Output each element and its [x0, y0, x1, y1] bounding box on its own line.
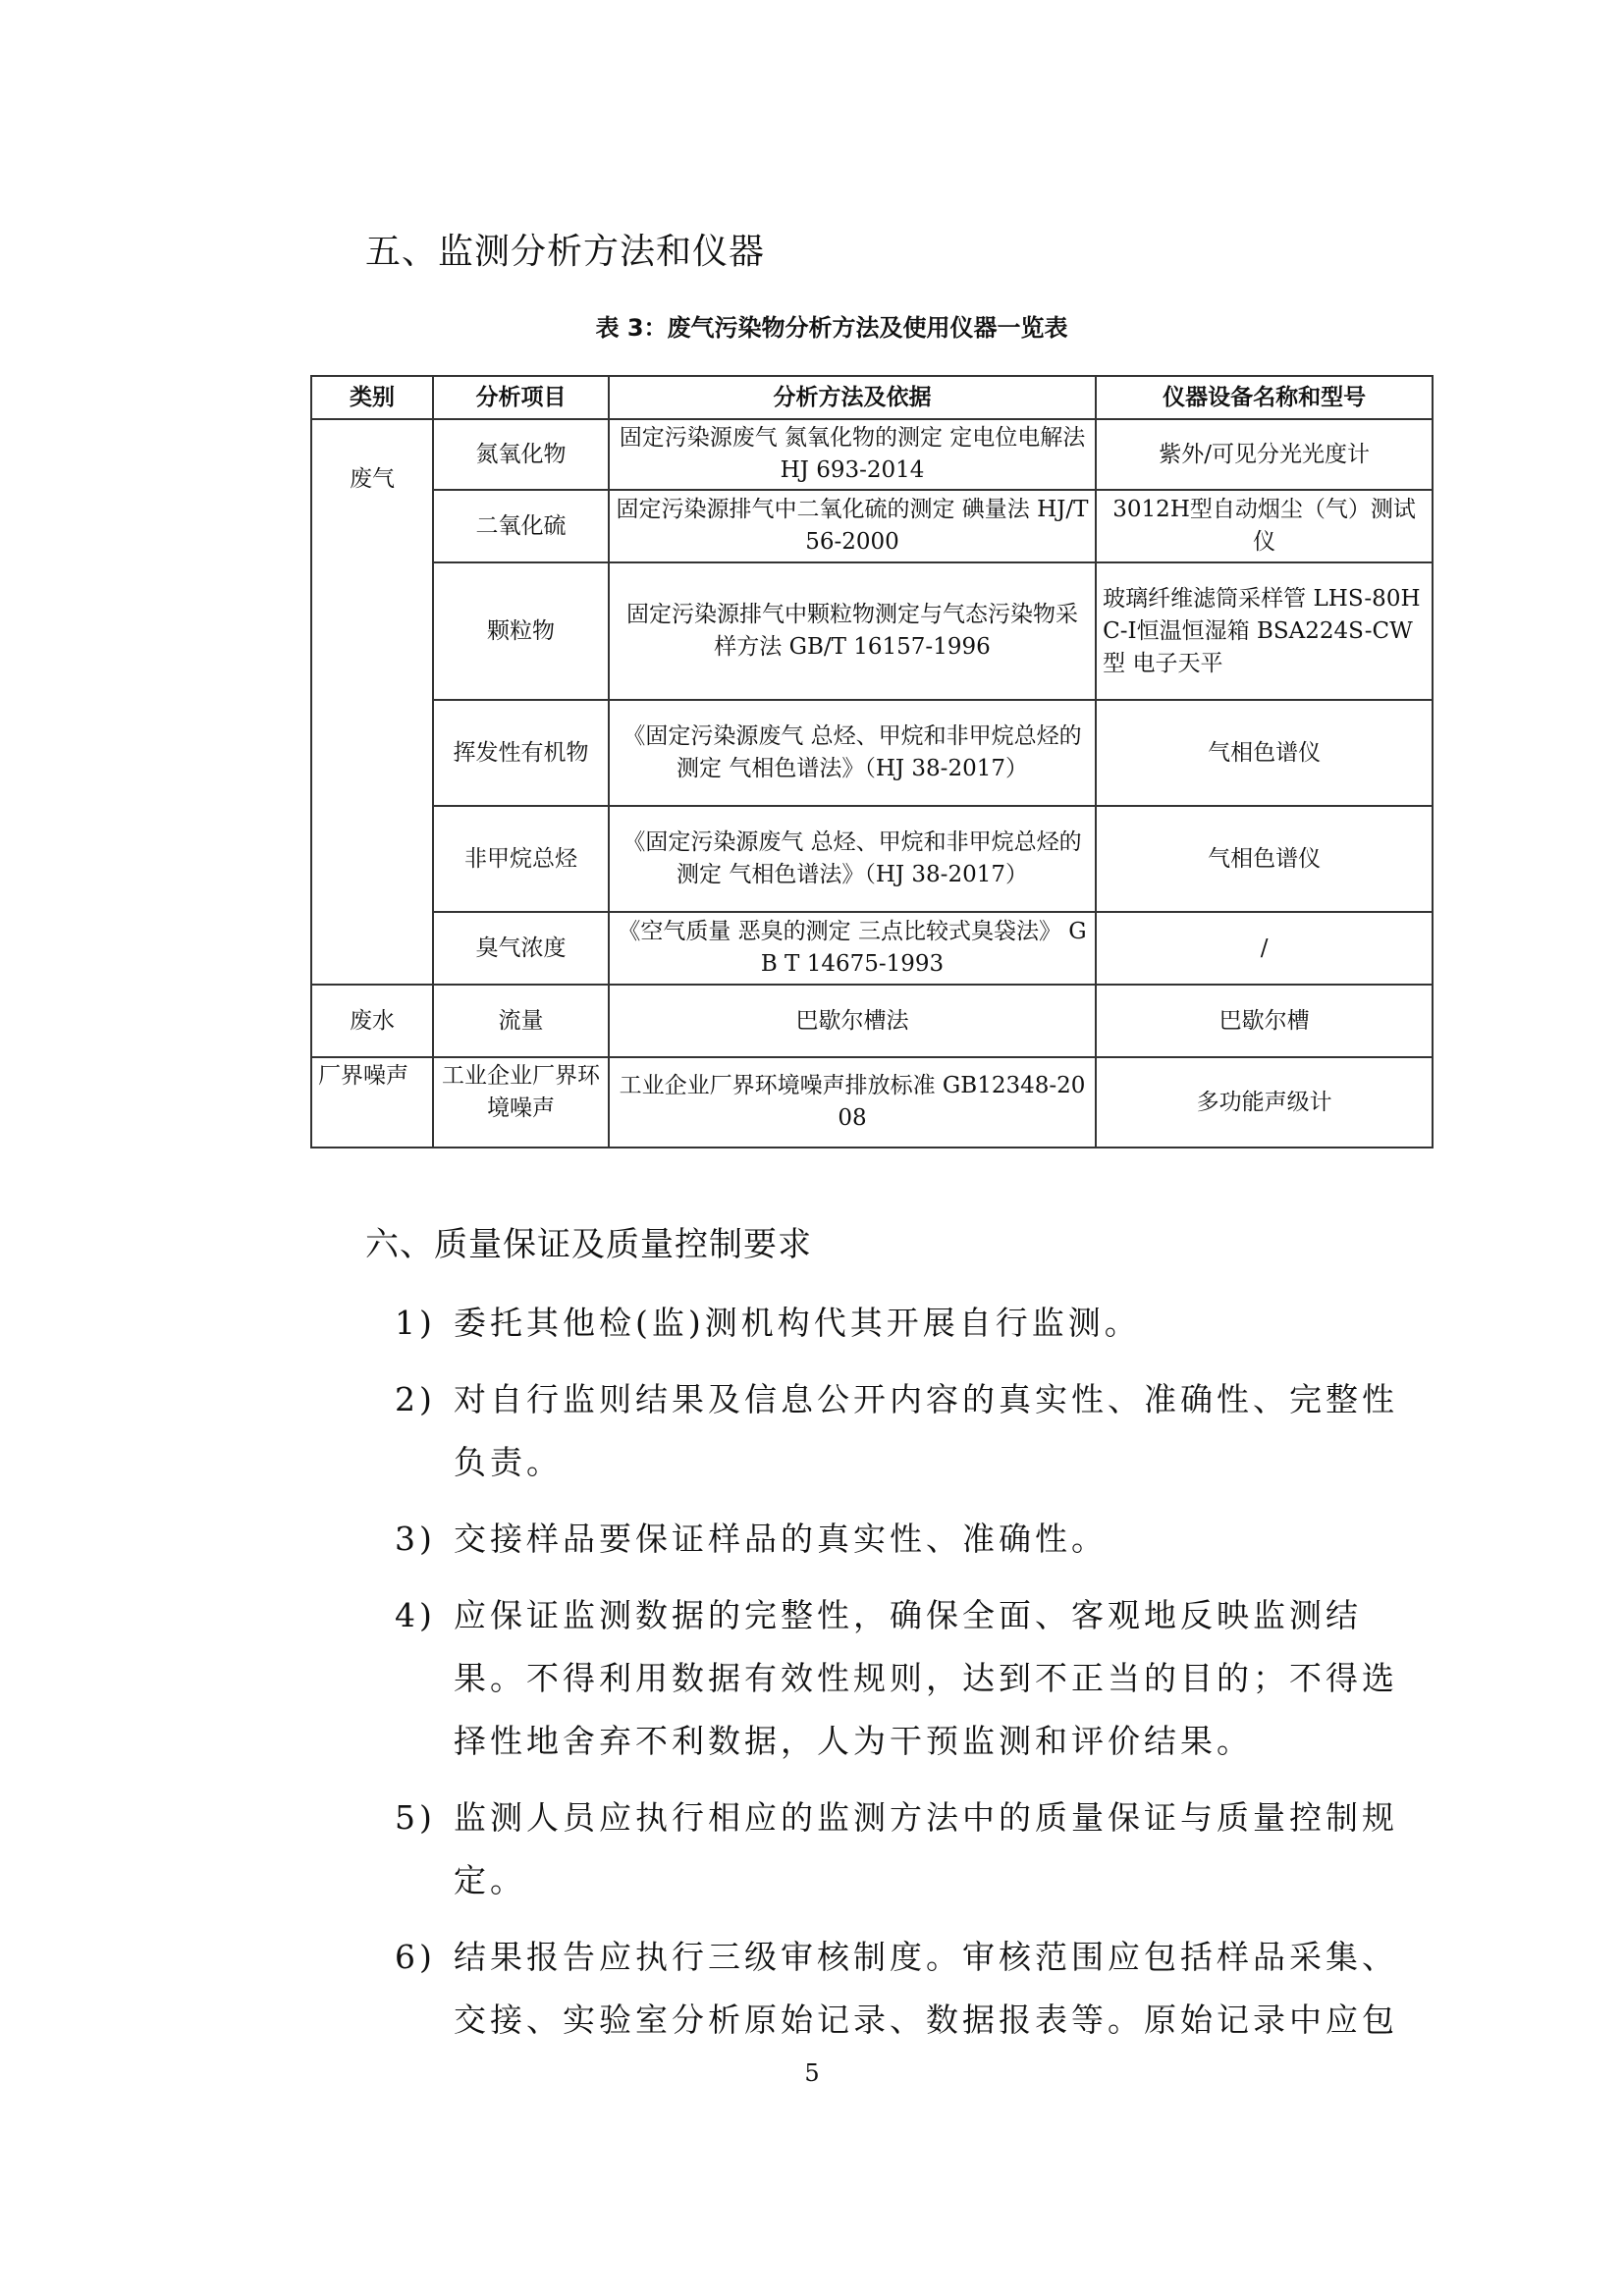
- table-row: 臭气浓度 《空气质量 恶臭的测定 三点比较式臭袋法》 GB T 14675-19…: [311, 912, 1433, 985]
- item-cell: 非甲烷总烃: [433, 806, 609, 912]
- item-number: 2): [395, 1368, 454, 1494]
- table-row: 厂界噪声 工业企业厂界环境噪声 工业企业厂界环境噪声排放标准 GB12348-2…: [311, 1057, 1433, 1148]
- item-text: 对自行监则结果及信息公开内容的真实性、准确性、完整性负责。: [454, 1368, 1416, 1494]
- item-text: 委托其他检(监)测机构代其开展自行监测。: [454, 1292, 1416, 1355]
- method-cell: 固定污染源排气中二氧化硫的测定 碘量法 HJ/T 56-2000: [609, 490, 1096, 562]
- list-item: 3) 交接样品要保证样品的真实性、准确性。: [395, 1508, 1416, 1571]
- item-number: 6): [395, 1926, 454, 2052]
- item-number: 4): [395, 1584, 454, 1773]
- header-item: 分析项目: [433, 376, 609, 419]
- item-cell: 工业企业厂界环境噪声: [433, 1057, 609, 1148]
- method-cell: 固定污染源排气中颗粒物测定与气态污染物采样方法 GB/T 16157-1996: [609, 562, 1096, 700]
- method-cell: 《空气质量 恶臭的测定 三点比较式臭袋法》 GB T 14675-1993: [609, 912, 1096, 985]
- list-item: 5) 监测人员应执行相应的监测方法中的质量保证与质量控制规定。: [395, 1787, 1416, 1912]
- item-text: 结果报告应执行三级审核制度。审核范围应包括样品采集、交接、实验室分析原始记录、数…: [454, 1926, 1416, 2052]
- table-row: 废气 氮氧化物 固定污染源废气 氮氧化物的测定 定电位电解法HJ 693-201…: [311, 419, 1433, 490]
- item-cell: 颗粒物: [433, 562, 609, 700]
- instrument-cell: 紫外/可见分光光度计: [1096, 419, 1433, 490]
- instrument-cell: 气相色谱仪: [1096, 806, 1433, 912]
- category-cell: 废水: [311, 985, 433, 1057]
- list-item: 1) 委托其他检(监)测机构代其开展自行监测。: [395, 1292, 1416, 1355]
- method-cell: 《固定污染源废气 总烃、甲烷和非甲烷总烃的测定 气相色谱法》（HJ 38-201…: [609, 700, 1096, 806]
- item-cell: 氮氧化物: [433, 419, 609, 490]
- item-text: 应保证监测数据的完整性，确保全面、客观地反映监测结果。不得利用数据有效性规则，达…: [454, 1584, 1416, 1773]
- instrument-cell: /: [1096, 912, 1433, 985]
- table-row: 二氧化硫 固定污染源排气中二氧化硫的测定 碘量法 HJ/T 56-2000 30…: [311, 490, 1433, 562]
- list-item: 2) 对自行监则结果及信息公开内容的真实性、准确性、完整性负责。: [395, 1368, 1416, 1494]
- item-text: 交接样品要保证样品的真实性、准确性。: [454, 1508, 1416, 1571]
- instrument-cell: 玻璃纤维滤筒采样管 LHS-80HC-I恒温恒湿箱 BSA224S-CW型 电子…: [1096, 562, 1433, 700]
- list-item: 4) 应保证监测数据的完整性，确保全面、客观地反映监测结果。不得利用数据有效性规…: [395, 1584, 1416, 1773]
- page-number: 5: [0, 2059, 1624, 2087]
- qa-requirements-list: 1) 委托其他检(监)测机构代其开展自行监测。 2) 对自行监则结果及信息公开内…: [395, 1292, 1416, 2065]
- table-row: 非甲烷总烃 《固定污染源废气 总烃、甲烷和非甲烷总烃的测定 气相色谱法》（HJ …: [311, 806, 1433, 912]
- item-number: 5): [395, 1787, 454, 1912]
- table-caption: 表 3：废气污染物分析方法及使用仪器一览表: [0, 308, 1624, 343]
- method-cell: 《固定污染源废气 总烃、甲烷和非甲烷总烃的测定 气相色谱法》（HJ 38-201…: [609, 806, 1096, 912]
- category-cell: 厂界噪声: [311, 1057, 433, 1148]
- table-row: 废水 流量 巴歇尔槽法 巴歇尔槽: [311, 985, 1433, 1057]
- item-cell: 二氧化硫: [433, 490, 609, 562]
- instrument-cell: 多功能声级计: [1096, 1057, 1433, 1148]
- header-instrument: 仪器设备名称和型号: [1096, 376, 1433, 419]
- instrument-cell: 气相色谱仪: [1096, 700, 1433, 806]
- table-row: 挥发性有机物 《固定污染源废气 总烃、甲烷和非甲烷总烃的测定 气相色谱法》（HJ…: [311, 700, 1433, 806]
- header-method: 分析方法及依据: [609, 376, 1096, 419]
- item-number: 1): [395, 1292, 454, 1355]
- item-cell: 臭气浓度: [433, 912, 609, 985]
- item-cell: 挥发性有机物: [433, 700, 609, 806]
- method-cell: 巴歇尔槽法: [609, 985, 1096, 1057]
- item-cell: 流量: [433, 985, 609, 1057]
- analysis-methods-table: 类别 分析项目 分析方法及依据 仪器设备名称和型号 废气 氮氧化物 固定污染源废…: [310, 375, 1434, 1148]
- section-6-title: 六、质量保证及质量控制要求: [365, 1217, 812, 1265]
- section-5-title: 五、监测分析方法和仪器: [365, 224, 765, 274]
- item-text: 监测人员应执行相应的监测方法中的质量保证与质量控制规定。: [454, 1787, 1416, 1912]
- header-category: 类别: [311, 376, 433, 419]
- instrument-cell: 巴歇尔槽: [1096, 985, 1433, 1057]
- table-row: 颗粒物 固定污染源排气中颗粒物测定与气态污染物采样方法 GB/T 16157-1…: [311, 562, 1433, 700]
- item-number: 3): [395, 1508, 454, 1571]
- table-header-row: 类别 分析项目 分析方法及依据 仪器设备名称和型号: [311, 376, 1433, 419]
- instrument-cell: 3012H型自动烟尘（气）测试仪: [1096, 490, 1433, 562]
- method-cell: 工业企业厂界环境噪声排放标准 GB12348-2008: [609, 1057, 1096, 1148]
- list-item: 6) 结果报告应执行三级审核制度。审核范围应包括样品采集、交接、实验室分析原始记…: [395, 1926, 1416, 2052]
- category-cell: 废气: [311, 419, 433, 985]
- method-cell: 固定污染源废气 氮氧化物的测定 定电位电解法HJ 693-2014: [609, 419, 1096, 490]
